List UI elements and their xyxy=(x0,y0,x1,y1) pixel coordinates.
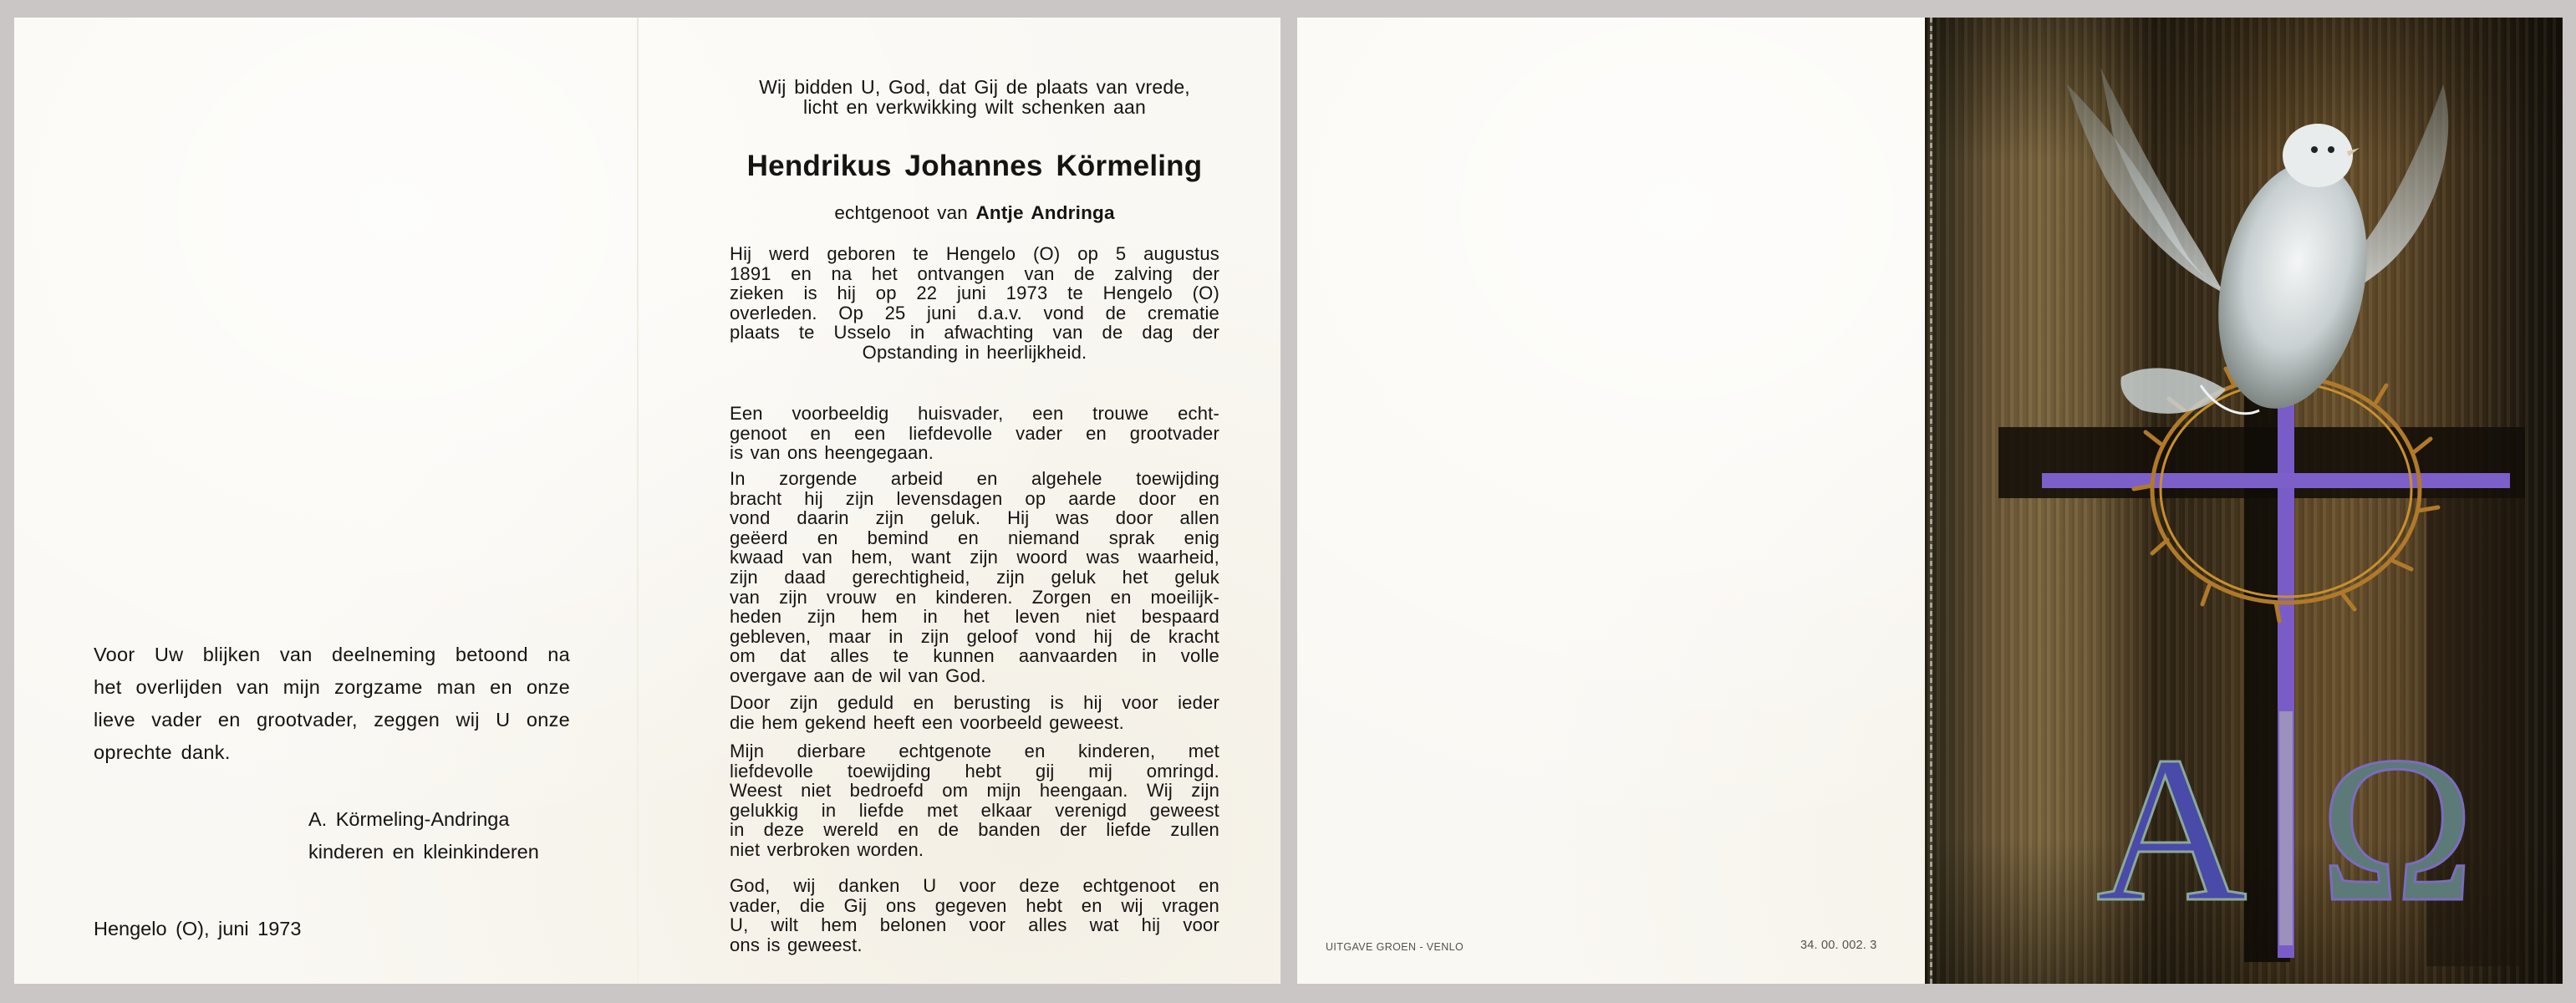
text-line: bracht hij zijn levensdagen op aarde doo… xyxy=(730,489,1219,509)
thanks-message: Voor Uw blijken van deelneming betoond n… xyxy=(94,639,570,769)
closing-prayer: God, wij danken U voor deze echtgenoot e… xyxy=(730,876,1219,955)
tribute-paragraph: In zorgende arbeid en algehele toewijdin… xyxy=(730,469,1219,686)
text-line: Een voorbeeldig huisvader, een trouwe ec… xyxy=(730,404,1219,424)
text-line: van zijn vrouw en kinderen. Zorgen en mo… xyxy=(730,588,1219,608)
thanks-line: Voor Uw blijken van deelneming betoond n… xyxy=(94,639,570,671)
text-line: Hij werd geboren te Hengelo (O) op 5 aug… xyxy=(730,244,1219,264)
painting-artwork: A Ω xyxy=(1925,18,2563,984)
prayer-intro-line: licht en verkwikking wilt schenken aan xyxy=(730,97,1219,117)
text-line: 1891 en na het ontvangen van de zalving … xyxy=(730,264,1219,284)
text-line: plaats te Usselo in afwachting van de da… xyxy=(730,323,1219,343)
text-line: Mijn dierbare echtgenote en kinderen, me… xyxy=(730,741,1219,761)
text-line: ons is geweest. xyxy=(730,935,1219,955)
text-line: in deze wereld en de banden der liefde z… xyxy=(730,820,1219,840)
card-fold-line xyxy=(637,18,639,984)
tribute-paragraph: Door zijn geduld en berusting is hij voo… xyxy=(730,693,1219,732)
deceased-name: Hendrikus Johannes Körmeling xyxy=(730,150,1219,183)
text-line: kwaad van hem, want zijn woord was waarh… xyxy=(730,547,1219,568)
text-line: God, wij danken U voor deze echtgenoot e… xyxy=(730,876,1219,896)
text-line: Opstanding in heerlijkheid. xyxy=(730,343,1219,363)
text-line: om dat alles te kunnen aanvaarden in vol… xyxy=(730,646,1219,666)
text-line: die hem gekend heeft een voorbeeld gewee… xyxy=(730,713,1219,733)
svg-text:A: A xyxy=(2096,714,2248,945)
publisher-imprint: UITGAVE GROEN - VENLO xyxy=(1326,941,1464,953)
text-line: heden zijn hem in het leven niet bespaar… xyxy=(730,607,1219,627)
signers: A. Körmeling-Andringa kinderen en kleink… xyxy=(308,803,539,868)
signer-widow: A. Körmeling-Andringa xyxy=(308,803,539,836)
text-line: In zorgende arbeid en algehele toewijdin… xyxy=(730,469,1219,489)
text-line: zieken is hij op 22 juni 1973 te Hengelo… xyxy=(730,283,1219,303)
text-line: niet verbroken worden. xyxy=(730,840,1219,860)
text-line: U, wilt hem belonen voor alles wat hij v… xyxy=(730,915,1219,935)
cover-painting: A Ω xyxy=(1925,18,2563,984)
text-line: is van ons heengegaan. xyxy=(730,443,1219,463)
memorial-card-outside: UITGAVE GROEN - VENLO 34. 00. 002. 3 xyxy=(1297,18,2563,984)
text-line: overgave aan de wil van God. xyxy=(730,666,1219,686)
text-line: zijn daad gerechtigheid, zijn geluk het … xyxy=(730,568,1219,588)
prayer-intro-line: Wij bidden U, God, dat Gij de plaats van… xyxy=(730,77,1219,97)
text-line: gelukkig in liefde met elkaar verenigd g… xyxy=(730,801,1219,821)
tribute-paragraph: Een voorbeeldig huisvader, een trouwe ec… xyxy=(730,404,1219,463)
place-date: Hengelo (O), juni 1973 xyxy=(94,916,301,941)
thanks-line: het overlijden van mijn zorgzame man en … xyxy=(94,671,570,704)
spouse-name: Antje Andringa xyxy=(975,202,1114,223)
signer-family: kinderen en kleinkinderen xyxy=(308,836,539,868)
text-line: gebleven, maar in zijn geloof vond hij d… xyxy=(730,627,1219,647)
thanks-line: lieve vader en grootvader, zeggen wij U … xyxy=(94,704,570,736)
catalog-number: 34. 00. 002. 3 xyxy=(1800,939,1877,952)
svg-text:Ω: Ω xyxy=(2319,714,2475,945)
text-line: vader, die Gij ons gegeven hebt en wij v… xyxy=(730,896,1219,916)
text-line: Weest niet bedroefd om mijn heengaan. Wi… xyxy=(730,781,1219,801)
dove-icon xyxy=(2067,68,2448,422)
text-line: liefdevolle toewijding hebt gij mij omri… xyxy=(730,761,1219,782)
spouse-line: echtgenoot van Antje Andringa xyxy=(730,203,1219,223)
text-line: Door zijn geduld en berusting is hij voo… xyxy=(730,693,1219,713)
memorial-card-inside: Voor Uw blijken van deelneming betoond n… xyxy=(14,18,1280,984)
thanks-line: oprechte dank. xyxy=(94,736,570,769)
prayer-intro: Wij bidden U, God, dat Gij de plaats van… xyxy=(730,77,1219,117)
text-line: genoot en een liefdevolle vader en groot… xyxy=(730,424,1219,444)
spouse-prefix: echtgenoot van xyxy=(834,202,968,223)
text-line: overleden. Op 25 juni d.a.v. vond de cre… xyxy=(730,303,1219,323)
text-line: geëerd en bemind en niemand sprak enig xyxy=(730,528,1219,548)
text-line: vond daarin zijn geluk. Hij was door all… xyxy=(730,508,1219,528)
biography: Hij werd geboren te Hengelo (O) op 5 aug… xyxy=(730,244,1219,363)
tribute-paragraph: Mijn dierbare echtgenote en kinderen, me… xyxy=(730,741,1219,860)
